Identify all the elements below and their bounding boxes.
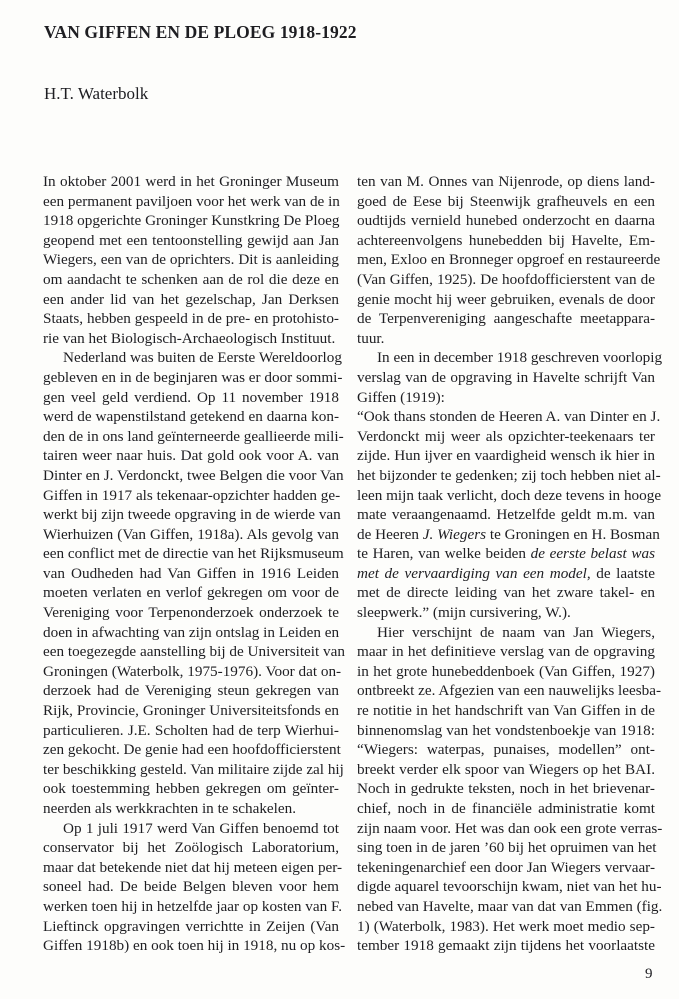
text-line: sleepwerk.” (mijn cursivering, W.).	[357, 603, 655, 623]
italic-text-run: met de vervaardiging van een model	[357, 565, 587, 582]
text-line: In een in december 1918 geschreven voorl…	[357, 348, 655, 368]
text-line: Wierhuizen (Van Giffen, 1918a). Als gevo…	[43, 525, 339, 545]
text-line: 1918 opgerichte Groninger Kunstkring De …	[43, 211, 339, 231]
text-line: een toegezegde aanstelling bij de Univer…	[43, 642, 339, 662]
text-line: men, Exloo en Bronneger opgroef en resta…	[357, 250, 655, 270]
text-line: digde aquarel tevoorschijn kwam, niet va…	[357, 877, 655, 897]
text-line: Hier verschijnt de naam van Jan Wiegers,	[357, 623, 655, 643]
text-line: Giffen 1918b) en ook toen hij in 1918, n…	[43, 936, 339, 956]
text-line: tairen weer naar huis. Dat gold ook voor…	[43, 446, 339, 466]
text-line: verslag van de opgraving in Havelte schr…	[357, 368, 655, 388]
text-line: een permanent paviljoen voor het werk va…	[43, 192, 339, 212]
text-line: neerden als werkkrachten in te schakelen…	[43, 799, 339, 819]
text-line: Op 1 juli 1917 werd Van Giffen benoemd t…	[43, 819, 339, 839]
text-run: te Groningen en H. Bosman	[486, 526, 660, 543]
right-column: ten van M. Onnes van Nijenrode, op diens…	[357, 172, 655, 956]
article-title: VAN GIFFEN EN DE PLOEG 1918-1922	[44, 22, 357, 43]
text-line: met de vervaardiging van een model, de l…	[357, 564, 655, 584]
text-line: Groningen (Waterbolk, 1975-1976). Voor d…	[43, 662, 339, 682]
text-line: van Oudheden had Van Giffen in 1916 Leid…	[43, 564, 339, 584]
text-line: te Haren, van welke beiden de eerste bel…	[357, 544, 655, 564]
text-line: Nederland was buiten de Eerste Wereldoor…	[43, 348, 339, 368]
text-line: (Van Giffen, 1925). De hoofdofficiersten…	[357, 270, 655, 290]
text-line: re notitie in het handschrift van Van Gi…	[357, 701, 655, 721]
text-line: sing toen in de jaren ’60 bij het opruim…	[357, 838, 655, 858]
text-line: een conflict met de directie van het Rij…	[43, 544, 339, 564]
text-line: binnenomslag van het vondstenboekje van …	[357, 721, 655, 741]
text-run: te Haren, van welke beiden	[357, 545, 531, 562]
text-line: nebed van Havelte, maar van dat van Emme…	[357, 897, 655, 917]
text-line: derzoek had de Vereniging steun gekregen…	[43, 681, 339, 701]
text-line: mate veraangenaamd. Hetzelfde geldt m.m.…	[357, 505, 655, 525]
text-line: doen in afwachting van zijn ontslag in L…	[43, 623, 339, 643]
text-line: de Terpenvereniging aangeschafte meetapp…	[357, 309, 655, 329]
text-line: zen gekocht. De genie had een hoofdoffic…	[43, 740, 339, 760]
text-line: Rijk, Provincie, Groninger Universiteits…	[43, 701, 339, 721]
text-line: ook toestemming hebben gekregen om geïnt…	[43, 779, 339, 799]
text-line: Lieftinck opgravingen verrichtte in Zeij…	[43, 917, 339, 937]
text-line: geopend met een tentoonstelling gewijd a…	[43, 231, 339, 251]
text-line: chief, noch in de financiële administrat…	[357, 799, 655, 819]
text-line: tekeningenarchief een door Jan Wiegers v…	[357, 858, 655, 878]
text-line: genie mocht hij weer gebruiken, evenals …	[357, 290, 655, 310]
author-name: H.T. Waterbolk	[44, 84, 148, 104]
text-line: zijn naam voor. Het was dan ook een grot…	[357, 819, 655, 839]
italic-text-run: J. Wiegers	[423, 526, 486, 543]
text-line: soneel had. De beide Belgen bleven voor …	[43, 877, 339, 897]
text-line: maar in het definitieve verslag van de o…	[357, 642, 655, 662]
text-line: den de in ons land geïnterneerde geallie…	[43, 427, 339, 447]
text-line: rie van het Biologisch-Archaeologisch In…	[43, 329, 339, 349]
text-line: ontbreekt ze. Afgezien van een nauwelijk…	[357, 681, 655, 701]
text-line: Verdonckt mij weer als opzichter-teekena…	[357, 427, 655, 447]
text-line: ter beschikking gesteld. Van militaire z…	[43, 760, 339, 780]
text-line: het bijzonder te gedenken; zij toch hebb…	[357, 466, 655, 486]
text-line: een ander lid van het gezelschap, Jan De…	[43, 290, 339, 310]
text-line: 1) (Waterbolk, 1983). Het werk moet medi…	[357, 917, 655, 937]
text-line: particulieren. J.E. Scholten had de terp…	[43, 721, 339, 741]
text-line: om aandacht te schenken aan de rol die d…	[43, 270, 339, 290]
text-line: “Ook thans stonden de Heeren A. van Dint…	[357, 407, 655, 427]
text-line: conservator bij het Zoölogisch Laborator…	[43, 838, 339, 858]
text-line: Dinter en J. Verdonckt, twee Belgen die …	[43, 466, 339, 486]
text-line: breekt verder elk spoor van Wiegers op h…	[357, 760, 655, 780]
text-line: Giffen (1919):	[357, 388, 655, 408]
text-line: werkt bij zijn tweede opgraving in de wi…	[43, 505, 339, 525]
text-line: gen veel geld verdiend. Op 11 november 1…	[43, 388, 339, 408]
text-line: “Wiegers: waterpas, punaises, modellen” …	[357, 740, 655, 760]
text-line: werd de wapenstilstand getekend en daarn…	[43, 407, 339, 427]
page-number: 9	[645, 966, 653, 983]
text-line: Staats, hebben gespeeld in de pre- en pr…	[43, 309, 339, 329]
text-line: in het grote hunebeddenboek (Van Giffen,…	[357, 662, 655, 682]
text-line: achtereenvolgens hunebedden bij Havelte,…	[357, 231, 655, 251]
text-line: goed de Eese bij Steenwijk grafheuvels e…	[357, 192, 655, 212]
text-line: Giffen in 1917 als tekenaar-opzichter ha…	[43, 486, 339, 506]
text-line: oudtijds vernield hunebed onderzocht en …	[357, 211, 655, 231]
text-line: tuur.	[357, 329, 655, 349]
text-line: In oktober 2001 werd in het Groninger Mu…	[43, 172, 339, 192]
text-line: ten van M. Onnes van Nijenrode, op diens…	[357, 172, 655, 192]
text-line: Wiegers, een van de oprichters. Dit is a…	[43, 250, 339, 270]
text-line: moeten verlaten en verlof gekregen om vo…	[43, 583, 339, 603]
text-line: zijde. Hun ijver en vaardigheid wensch i…	[357, 446, 655, 466]
text-line: maar dat betekende niet dat hij meteen e…	[43, 858, 339, 878]
text-line: gebleven en in de beginjaren was er door…	[43, 368, 339, 388]
left-column: In oktober 2001 werd in het Groninger Mu…	[43, 172, 339, 956]
text-line: werken toen hij in hetzelfde jaar op kos…	[43, 897, 339, 917]
text-line: leen mijn taak verlicht, doch deze teven…	[357, 486, 655, 506]
text-run: , de laatste	[587, 565, 655, 582]
text-line: de Heeren J. Wiegers te Groningen en H. …	[357, 525, 655, 545]
text-line: Noch in gedrukte teksten, noch in het br…	[357, 779, 655, 799]
text-line: met de directe leiding van het zware tak…	[357, 583, 655, 603]
text-line: tember 1918 gemaakt zijn tijdens het voo…	[357, 936, 655, 956]
italic-text-run: de eerste belast was	[531, 545, 655, 562]
text-run: de Heeren	[357, 526, 423, 543]
text-line: Vereniging voor Terpenonderzoek onderzoe…	[43, 603, 339, 623]
